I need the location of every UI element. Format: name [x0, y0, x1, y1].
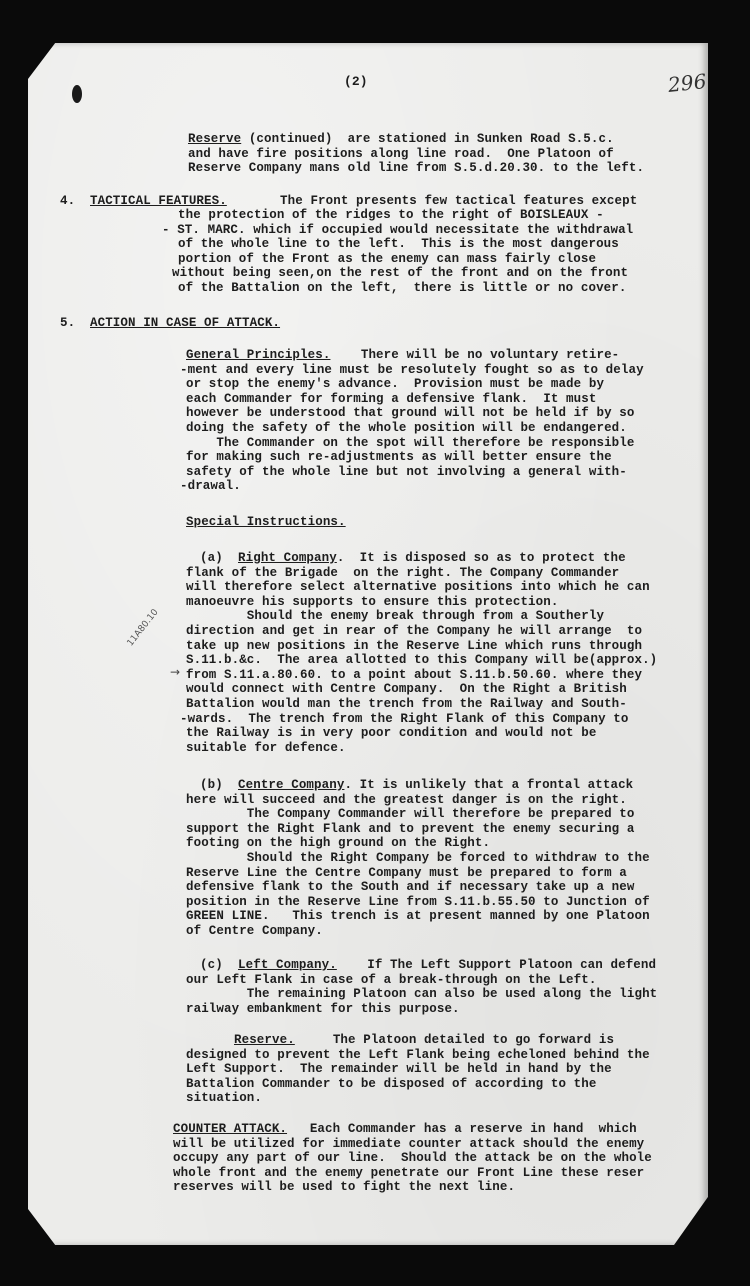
reserve-section-heading: Reserve.: [234, 1033, 295, 1047]
section-5-number: 5.: [60, 316, 75, 331]
left-company-paragraph: (c) Left Company. If The Left Support Pl…: [186, 958, 657, 1016]
left-company-label: (c): [200, 958, 223, 972]
left-company-heading: Left Company.: [238, 958, 337, 972]
typed-document: (2) 296 Reserve (continued) are statione…: [28, 43, 708, 1245]
document-page: (2) 296 Reserve (continued) are statione…: [28, 43, 708, 1245]
section-4-number: 4.: [60, 194, 75, 209]
right-company-paragraph: (a) Right Company. It is disposed so as …: [186, 551, 657, 755]
reserve-heading: Reserve: [188, 132, 241, 146]
counter-attack-paragraph: COUNTER ATTACK. Each Commander has a res…: [173, 1122, 652, 1195]
action-in-case-of-attack-heading: ACTION IN CASE OF ATTACK.: [90, 316, 280, 331]
page-number: (2): [344, 75, 368, 90]
right-company-label: (a): [200, 551, 223, 565]
reserve-paragraph: Reserve. The Platoon detailed to go forw…: [186, 1033, 650, 1106]
tactical-features-paragraph: the protection of the ridges to the righ…: [178, 208, 633, 296]
special-instructions-heading: Special Instructions.: [186, 515, 346, 530]
handwritten-arrow-icon: →: [170, 665, 180, 680]
tactical-features-heading-line: TACTICAL FEATURES. The Front presents fe…: [90, 194, 637, 209]
centre-company-paragraph: (b) Centre Company. It is unlikely that …: [186, 778, 650, 939]
handwritten-margin-note: 11A80.10: [124, 606, 163, 650]
right-company-heading: Right Company: [238, 551, 337, 565]
punch-hole: [72, 85, 82, 103]
counter-attack-heading: COUNTER ATTACK.: [173, 1122, 287, 1136]
general-principles-heading: General Principles.: [186, 348, 330, 362]
reserve-continued-paragraph: Reserve (continued) are stationed in Sun…: [188, 132, 644, 176]
tactical-features-heading: TACTICAL FEATURES.: [90, 194, 227, 208]
centre-company-heading: Centre Company: [238, 778, 344, 792]
handwritten-folio-number: 296: [667, 74, 707, 93]
centre-company-label: (b): [200, 778, 223, 792]
general-principles-paragraph: General Principles. There will be no vol…: [186, 348, 644, 494]
